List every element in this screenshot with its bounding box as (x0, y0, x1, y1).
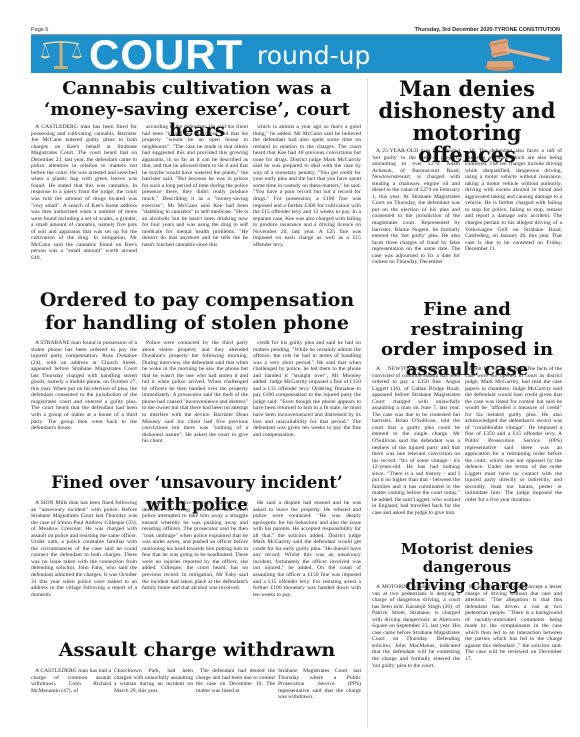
page-number: Page 6 (31, 27, 48, 33)
headline-line: dishonesty and (372, 100, 562, 122)
section-subtitle: round-up (257, 41, 370, 70)
article-column: He said his client would accept a lesser… (465, 584, 562, 696)
headline-line: Ordered to pay compensation (31, 289, 363, 312)
dateline: Thursday, 3rd December 2020-TYRONE CONST… (415, 27, 560, 33)
article-column: A STRABANE man found in possession of a … (31, 340, 137, 466)
article-column: 10. The defendant also faces a raft of m… (465, 148, 562, 294)
article-column: The defendant had denied the charge and … (196, 668, 275, 710)
article-column: dispute. On police arrival, Gillespie wa… (142, 500, 248, 628)
headline-line: Cannabis cultivation was a (31, 78, 363, 99)
headline-line: Fine and restraining (372, 300, 562, 340)
article-column: Strabane Magistrates Court last Thursday… (278, 668, 361, 710)
article-column: according to the defendant. He said his … (142, 124, 248, 284)
gavel-icon (482, 37, 552, 73)
headline-line: Man denies (372, 78, 562, 100)
section-title: COURT (89, 35, 243, 73)
column-divider (367, 78, 368, 728)
headline-line: order imposed in (372, 340, 562, 360)
article-column: which is almost a year ago so that's a g… (253, 124, 361, 284)
article-column: A SION Mills man has been fined followin… (31, 500, 137, 628)
headline-line: for handling of stolen phone (31, 312, 363, 335)
article-column: A CASTLEDERG man has had a charge of com… (31, 668, 111, 710)
article-column: A NEWTOWNSTEWART man convicted of common… (372, 366, 460, 534)
scales-of-justice-icon (39, 38, 83, 72)
section-banner: COURT round-up (31, 35, 562, 73)
headline-line: Motorist denies dangerous (372, 540, 562, 576)
headline-assault-withdrawn: Assault charge withdrawn (31, 638, 363, 662)
article-column: Churchtown Park, had been charged with u… (114, 668, 193, 710)
article-column: Police were contacted by the third party… (142, 340, 248, 466)
article-column: A MOTORIST accused of driving a van at t… (372, 584, 460, 696)
article-column: A CASTLEDERG man has been fined for poss… (31, 124, 137, 284)
article-column: A 25-YEAR-OLD man has pleaded 'not guilt… (372, 148, 460, 294)
article-column: credit for his guilty plea. The facts of… (465, 366, 562, 534)
article-column: credit for his guilty plea and said he h… (253, 340, 361, 466)
headline-stolen-phone: Ordered to pay compensation for handling… (31, 289, 363, 335)
article-column: He said a dispute had ensued and he was … (253, 500, 361, 628)
